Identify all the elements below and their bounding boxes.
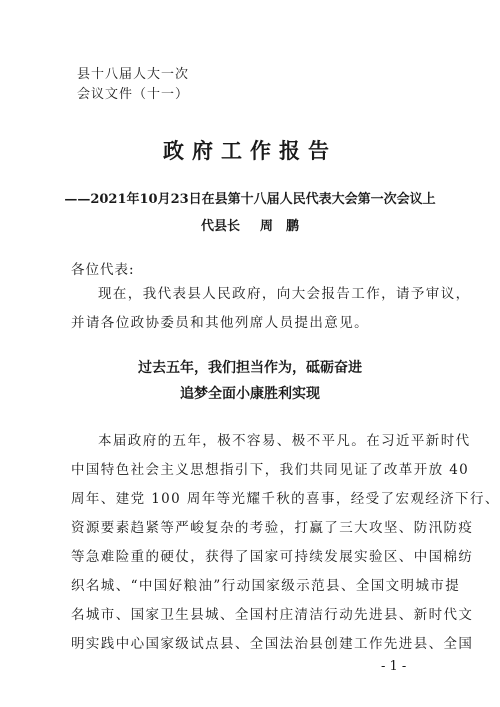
document-file-label: 县十八届人大一次 会议文件（十一） bbox=[77, 65, 189, 105]
section-heading-line-1: 过去五年，我们担当作为，砥砺奋进 bbox=[0, 355, 500, 381]
intro-paragraph: 现在，我代表县人民政府，向大会报告工作，请予审议， 并请各位政协委员和其他列席人… bbox=[71, 280, 433, 338]
body-line: 中国特色社会主义思想指引下，我们共同见证了改革开放 40 bbox=[71, 456, 433, 485]
body-line: 名城市、国家卫生县城、全国村庄清洁行动先进县、新时代文 bbox=[71, 601, 433, 630]
speaker-role: 代县长 bbox=[201, 219, 240, 234]
body-line: 等急难险重的硬仗，获得了国家可持续发展实验区、中国棉纺 bbox=[71, 543, 433, 572]
body-paragraph: 本届政府的五年，极不容易、极不平凡。在习近平新时代 中国特色社会主义思想指引下，… bbox=[71, 427, 433, 659]
body-line: 资源要素趋紧等严峻复杂的考验，打赢了三大攻坚、防汛防疫 bbox=[71, 514, 433, 543]
body-line: 周年、建党 100 周年等光耀千秋的喜事，经受了宏观经济下行、 bbox=[71, 485, 433, 514]
body-line: 明实践中心国家级试点县、全国法治县创建工作先进县、全国 bbox=[71, 630, 433, 659]
section-heading-line-2: 追梦全面小康胜利实现 bbox=[0, 381, 500, 407]
body-line: 织名城、“中国好粮油”行动国家级示范县、全国文明城市提 bbox=[71, 572, 433, 601]
intro-line-2: 并请各位政协委员和其他列席人员提出意见。 bbox=[71, 309, 433, 338]
body-line: 本届政府的五年，极不容易、极不平凡。在习近平新时代 bbox=[71, 427, 433, 456]
speaker-name: 周 鹏 bbox=[260, 219, 299, 234]
file-label-line-2: 会议文件（十一） bbox=[77, 85, 189, 105]
document-title: 政府工作报告 bbox=[0, 135, 500, 165]
salutation: 各位代表: bbox=[71, 258, 135, 278]
intro-line-1: 现在，我代表县人民政府，向大会报告工作，请予审议， bbox=[71, 280, 433, 309]
speaker-line: 代县长周 鹏 bbox=[0, 215, 500, 234]
document-subtitle: ——2021年10月23日在县第十八届人民代表大会第一次会议上 bbox=[0, 188, 500, 207]
document-page: 县十八届人大一次 会议文件（十一） 政府工作报告 ——2021年10月23日在县… bbox=[0, 0, 500, 707]
file-label-line-1: 县十八届人大一次 bbox=[77, 65, 189, 85]
section-heading: 过去五年，我们担当作为，砥砺奋进 追梦全面小康胜利实现 bbox=[0, 355, 500, 407]
page-number: - 1 - bbox=[381, 659, 406, 674]
